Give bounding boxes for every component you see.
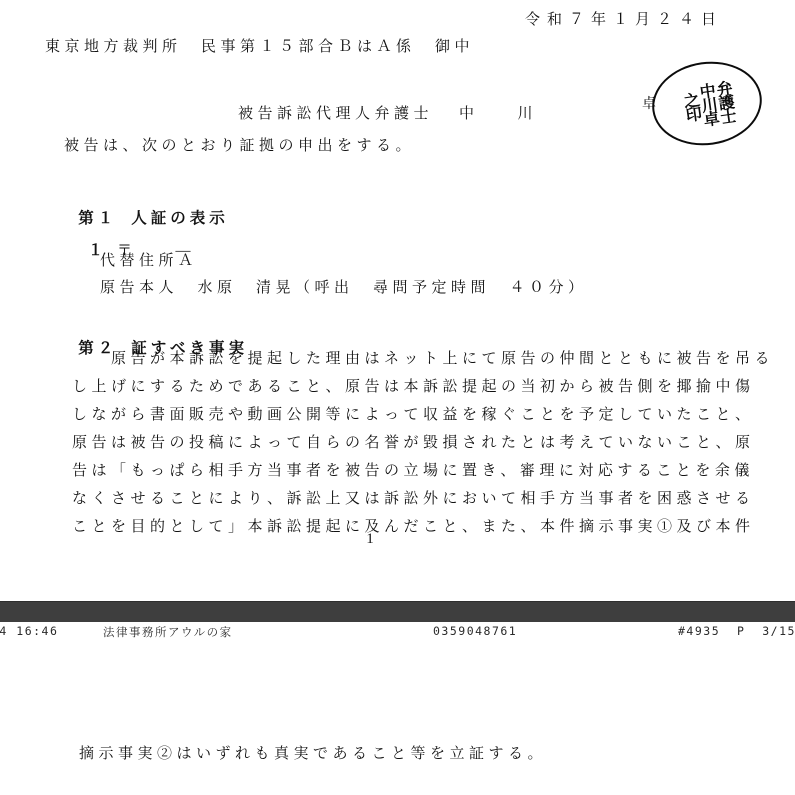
addressee-line: 東京地方裁判所 民事第１５部合ＢはＡ係 御中 <box>45 35 474 56</box>
fax-job-page-info: #4935 P 3/15 <box>678 624 795 638</box>
fax-phone-number: 0359048761 <box>433 624 517 638</box>
body-line: 告は「もっぱら相手方当事者を被告の立場に置き、審理に対応することを余儀 <box>72 459 754 480</box>
witness-address-line: 代替住所Ａ <box>100 249 198 270</box>
body-line: 原告は被告の投稿によって自らの名誉が毀損されたとは考えていないこと、原 <box>72 431 755 452</box>
document-date: 令和７年１月２４日 <box>525 8 723 29</box>
witness-name-line: 原告本人 水原 清晃（呼出 尋問予定時間 ４０分） <box>100 276 588 297</box>
body-line: しながら書面販売や動画公開等によって収益を稼ぐことを予定していたこと、 <box>72 403 755 424</box>
fax-timestamp: 24 16:46 <box>0 624 58 638</box>
fax-document-page: 令和７年１月２４日 東京地方裁判所 民事第１５部合ＢはＡ係 御中 被告訴訟代理人… <box>0 0 795 795</box>
attorney-name: 中 川 <box>459 106 537 122</box>
page-number: 1 <box>0 531 740 548</box>
continuation-line: 摘示事実②はいずれも真実であること等を立証する。 <box>79 742 547 763</box>
body-line: なくさせることにより、訴訟上又は訴訟外において相手方当事者を困惑させる <box>72 487 755 508</box>
attorney-line: 被告訴訟代理人弁護士中 川 <box>205 85 537 140</box>
body-line: し上げにするためであること、原告は本訴訟提起の当初から被告側を揶揄中傷 <box>72 375 755 396</box>
intro-line: 被告は、次のとおり証拠の申出をする。 <box>64 134 415 155</box>
attorney-seal-icon: 弁護士 中川卓 之印 <box>647 55 767 153</box>
attorney-label: 被告訴訟代理人弁護士 <box>238 106 433 122</box>
fax-scan-bar <box>0 601 795 622</box>
body-line: 原告が本訴訟を提起した理由はネット上にて原告の仲間とともに被告を吊る <box>72 347 774 368</box>
fax-sender-name: 法律事務所アウルの家 <box>103 624 233 640</box>
